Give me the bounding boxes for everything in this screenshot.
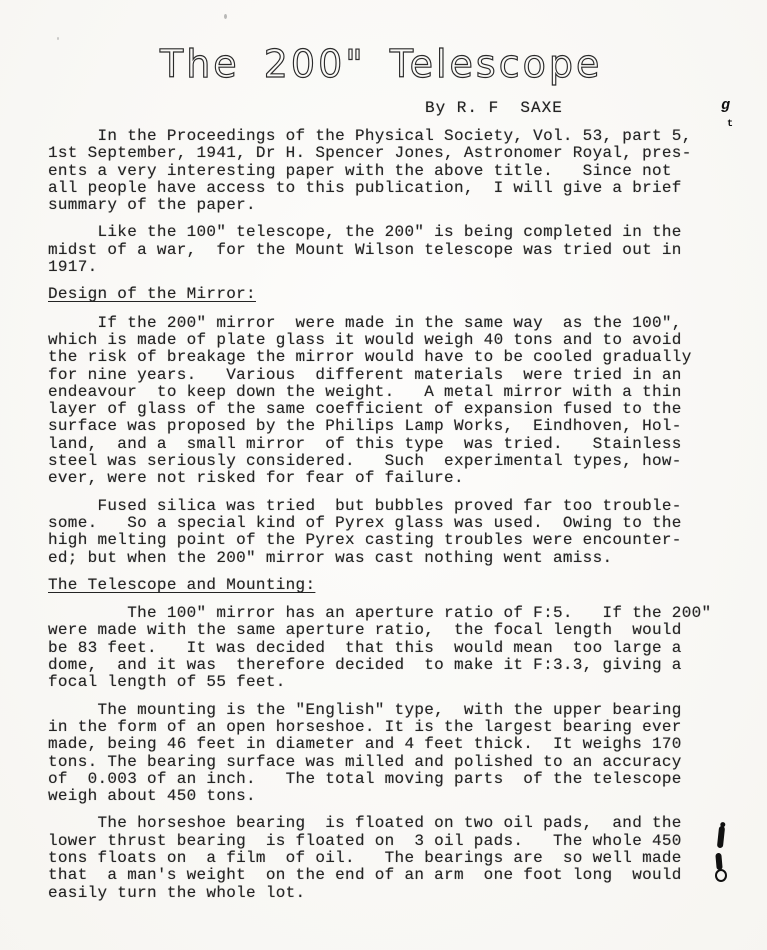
section-heading-mirror-design: Design of the Mirror: — [48, 286, 738, 303]
stray-ink-glyph: g — [721, 98, 730, 113]
paragraph-aperture-ratio: The 100" mirror has an aperture ratio of… — [48, 605, 738, 691]
section-heading-mirror-design-text: Design of the Mirror: — [48, 285, 256, 303]
paragraph-intro: In the Proceedings of the Physical Socie… — [48, 128, 738, 214]
paragraph-mirror-materials: If the 200" mirror were made in the same… — [48, 315, 738, 488]
paragraph-oil-bearings: The horseshoe bearing is floated on two … — [48, 815, 738, 901]
paragraph-pyrex: Fused silica was tried but bubbles prove… — [48, 498, 738, 567]
paragraph-mounting: The mounting is the "English" type, with… — [48, 702, 738, 806]
paragraph-war-context: Like the 100" telescope, the 200" is bei… — [48, 224, 738, 276]
page-title: The 200" Telescope — [160, 42, 767, 86]
paper-speck — [224, 14, 227, 19]
scanned-document-page: The 200" Telescope By R. F SAXE In the P… — [0, 0, 767, 950]
section-heading-telescope-mounting: The Telescope and Mounting: — [48, 577, 738, 594]
section-heading-telescope-mounting-text: The Telescope and Mounting: — [48, 576, 315, 594]
paper-speck — [57, 37, 59, 40]
stray-ink-glyph-small: t — [727, 120, 733, 130]
byline: By R. F SAXE — [425, 99, 767, 117]
ink-ring-mark — [715, 869, 727, 882]
document-body: In the Proceedings of the Physical Socie… — [48, 128, 738, 902]
